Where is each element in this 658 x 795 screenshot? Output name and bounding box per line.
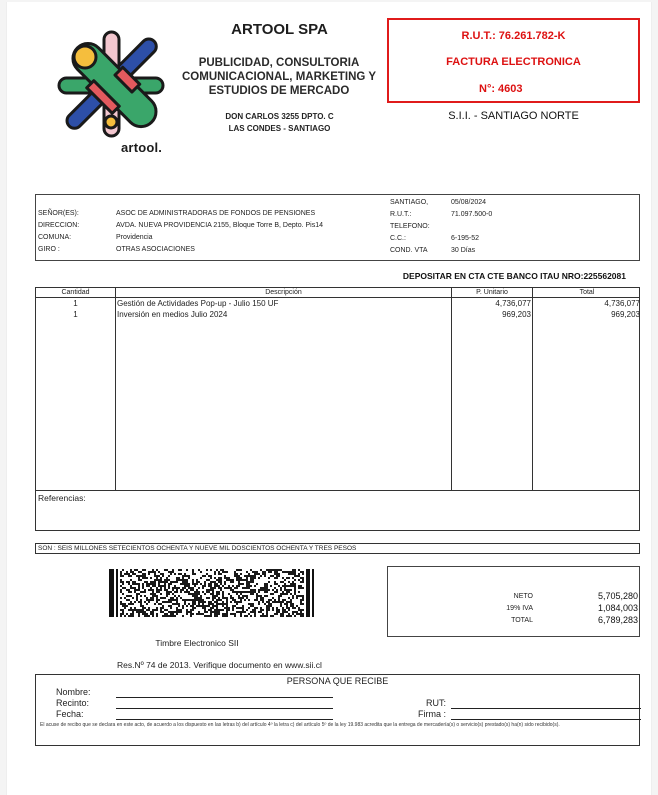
column-divider [115, 288, 116, 490]
receiver-name-line[interactable] [116, 697, 333, 698]
deposit-note: DEPOSITAR EN CTA CTE BANCO ITAU NRO:2255… [403, 271, 626, 281]
resolution-note: Res.Nº 74 de 2013. Verifique documento e… [117, 660, 322, 670]
client-name-label: SEÑOR(ES): [38, 210, 79, 217]
receiver-site-label: Recinto: [56, 698, 89, 708]
company-description-line: COMUNICACIONAL, MARKETING Y [173, 70, 385, 84]
stamp-label: Timbre Electronico SII [107, 638, 287, 648]
receiver-signature-line[interactable] [451, 719, 641, 720]
phone-label: TELEFONO: [390, 223, 430, 230]
legal-notice: El acuse de recibo que se declara en est… [40, 722, 636, 729]
header-divider [36, 297, 639, 298]
company-name: ARTOOL SPA [177, 21, 382, 38]
document-type: FACTURA ELECTRONICA [389, 56, 638, 68]
issuer-rut: R.U.T.: 76.261.782-K [389, 30, 638, 42]
header-total: Total [533, 289, 641, 296]
items-table: Cantidad Descripción P. Unitario Total 1… [35, 287, 640, 491]
receiver-rut-line[interactable] [451, 708, 641, 709]
cost-center-label: C.C.: [390, 235, 406, 242]
client-giro-label: GIRO : [38, 246, 60, 253]
item-total: 969,203 [533, 310, 640, 319]
vat-label: 19% IVA [468, 605, 533, 612]
artool-logo-icon [57, 30, 167, 142]
receiver-site-line[interactable] [116, 708, 333, 709]
receiver-name-label: Nombre: [56, 687, 91, 697]
company-address-line: DON CARLOS 3255 DPTO. C [177, 111, 382, 123]
company-description: PUBLICIDAD, CONSULTORIA COMUNICACIONAL, … [173, 56, 385, 98]
sale-condition-label: COND. VTA [390, 247, 428, 254]
receiver-box: PERSONA QUE RECIBE Nombre: Recinto: Fech… [35, 674, 640, 746]
references-label: Referencias: [38, 493, 86, 503]
issue-date: 05/08/2024 [451, 199, 486, 206]
total-label: TOTAL [468, 617, 533, 624]
client-rut-value: 71.097.500-0 [451, 211, 492, 218]
item-total: 4,736,077 [533, 299, 640, 308]
client-comuna-value: Providencia [116, 234, 153, 241]
client-name-value: ASOC DE ADMINISTRADORAS DE FONDOS DE PEN… [116, 210, 315, 217]
client-rut-label: R.U.T.: [390, 211, 411, 218]
amount-in-words: SON : SEIS MILLONES SETECIENTOS OCHENTA … [35, 543, 640, 554]
sale-condition-value: 30 Días [451, 247, 475, 254]
net-label: NETO [468, 593, 533, 600]
receiver-signature-label: Firma : [418, 709, 446, 719]
document-id-box: R.U.T.: 76.261.782-K FACTURA ELECTRONICA… [387, 18, 640, 103]
header-description: Descripción [116, 289, 451, 296]
item-description: Gestión de Actividades Pop-up - Julio 15… [117, 299, 278, 308]
client-address-value: AVDA. NUEVA PROVIDENCIA 2155, Bloque Tor… [116, 222, 323, 229]
net-value: 5,705,280 [598, 591, 638, 601]
item-unit-price: 4,736,077 [452, 299, 531, 308]
cost-center-value: 6-195-52 [451, 235, 479, 242]
total-value: 6,789,283 [598, 615, 638, 625]
receiver-date-line[interactable] [116, 719, 333, 720]
company-address: DON CARLOS 3255 DPTO. C LAS CONDES - SAN… [177, 111, 382, 135]
item-unit-price: 969,203 [452, 310, 531, 319]
totals-box: NETO 5,705,280 19% IVA 1,084,003 TOTAL 6… [387, 566, 640, 637]
client-giro-value: OTRAS ASOCIACIONES [116, 246, 195, 253]
pdf417-barcode-icon [109, 569, 315, 617]
company-description-line: ESTUDIOS DE MERCADO [173, 84, 385, 98]
references-box: Referencias: [35, 491, 640, 531]
client-comuna-label: COMUNA: [38, 234, 71, 241]
receiver-rut-label: RUT: [426, 698, 446, 708]
sii-office: S.I.I. - SANTIAGO NORTE [387, 110, 640, 122]
logo-wordmark: artool. [121, 140, 162, 155]
client-info-box: SEÑOR(ES): ASOC DE ADMINISTRADORAS DE FO… [35, 194, 640, 261]
city-label: SANTIAGO, [390, 199, 428, 206]
item-quantity: 1 [36, 310, 115, 319]
company-address-line: LAS CONDES - SANTIAGO [177, 123, 382, 135]
document-number: N°: 4603 [479, 83, 523, 95]
header-unit-price: P. Unitario [452, 289, 532, 296]
receiver-date-label: Fecha: [56, 709, 84, 719]
company-description-line: PUBLICIDAD, CONSULTORIA [173, 56, 385, 70]
vat-value: 1,084,003 [598, 603, 638, 613]
item-description: Inversión en medios Julio 2024 [117, 310, 227, 319]
invoice-page: artool. ARTOOL SPA PUBLICIDAD, CONSULTOR… [6, 2, 652, 795]
receiver-title: PERSONA QUE RECIBE [36, 676, 639, 686]
client-address-label: DIRECCION: [38, 222, 79, 229]
item-quantity: 1 [36, 299, 115, 308]
header-quantity: Cantidad [36, 289, 115, 296]
